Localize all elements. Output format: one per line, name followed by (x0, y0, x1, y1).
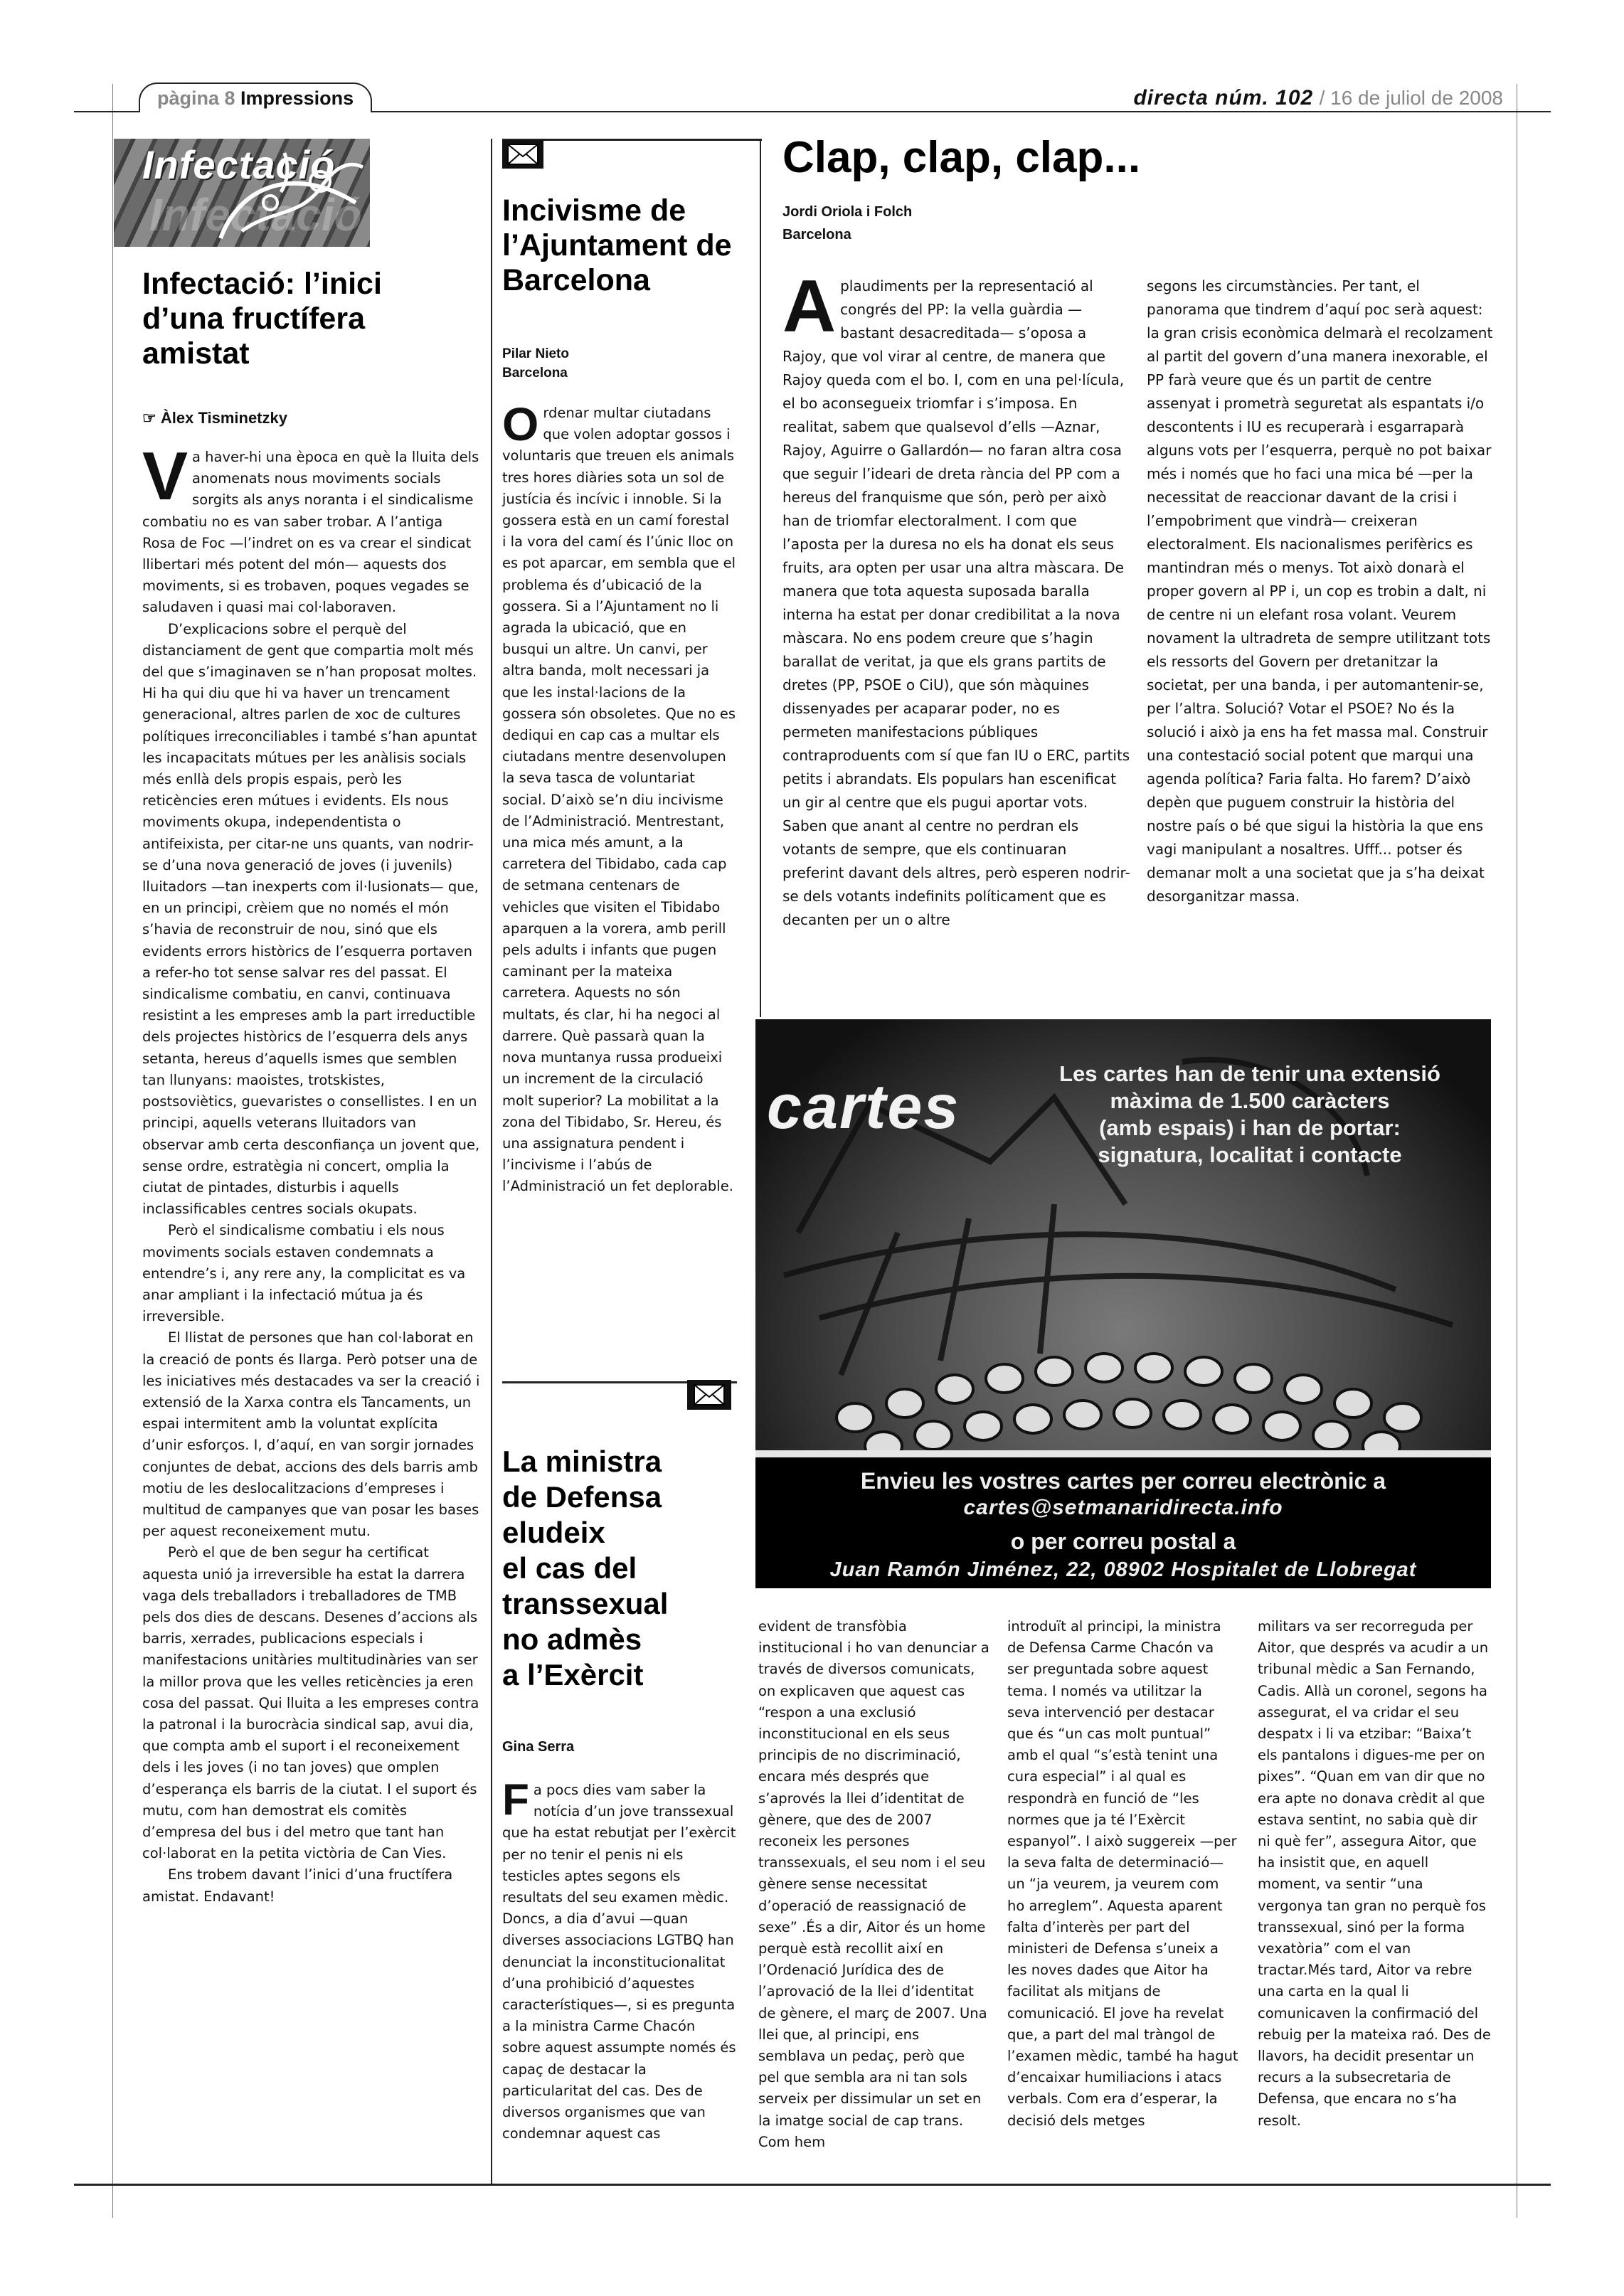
headline-line: La ministra (502, 1444, 730, 1479)
rule-line: màxima de 1.500 caràcters (1026, 1088, 1474, 1115)
clap-col-1: Aplaudiments per la representació al con… (782, 275, 1131, 932)
dropcap: O (502, 405, 538, 443)
paragraph: D’explicacions sobre el perquè del dista… (142, 619, 480, 1221)
page-number: pàgina 8 (157, 87, 235, 109)
email-address-link[interactable]: cartes@setmanaridirecta.info (755, 1494, 1491, 1521)
paragraph: militars va ser recorreguda per Aitor, q… (1258, 1616, 1492, 2132)
cartes-rules: Les cartes han de tenir una extensió màx… (1026, 1061, 1474, 1169)
dropcap: V (142, 450, 188, 504)
ministra-col-4: militars va ser recorreguda per Aitor, q… (1258, 1616, 1492, 2132)
incivisme-headline: Incivisme de l’Ajuntament de Barcelona (502, 193, 744, 298)
paragraph: introduït al principi, la ministra de De… (1007, 1616, 1238, 2132)
column-1-right-rule (491, 139, 492, 2184)
headline-line: de Defensa (502, 1479, 730, 1515)
author-location: Barcelona (502, 363, 569, 383)
postal-intro: o per correu postal a (755, 1526, 1491, 1557)
author-name: Jordi Oriola i Folch (782, 201, 912, 223)
paragraph: plaudiments per la representació al cong… (782, 277, 1130, 928)
incivisme-right-rule (760, 139, 761, 1017)
email-intro: Envieu les vostres cartes per correu ele… (755, 1467, 1491, 1494)
incivisme-byline: Pilar Nieto Barcelona (502, 344, 569, 383)
cartes-advert: cartes Les cartes han de tenir una exten… (755, 1019, 1491, 1588)
rule-line: signatura, localitat i contacte (1026, 1142, 1474, 1169)
author-location: Barcelona (782, 223, 912, 246)
issue-date: / 16 de juliol de 2008 (1320, 87, 1503, 109)
headline-line: a l’Exèrcit (502, 1657, 730, 1693)
paragraph: segons les circumstàncies. Per tant, el … (1147, 275, 1495, 908)
left-margin-rule (112, 84, 113, 2218)
ministra-col-1: Fa pocs dies vam saber la notícia d’un j… (502, 1780, 737, 2144)
headline-line: no admès (502, 1622, 730, 1657)
author-name: Àlex Tisminetzky (161, 409, 287, 427)
rule-line: (amb espais) i han de portar: (1026, 1115, 1474, 1142)
clap-headline: Clap, clap, clap... (782, 129, 1140, 186)
section-name: Impressions (240, 87, 354, 109)
ministra-col-3: introduït al principi, la ministra de De… (1007, 1616, 1238, 2132)
paragraph: Però el que de ben segur ha certificat a… (142, 1542, 480, 1864)
infectacio-banner: Infectació Infectació (114, 139, 370, 247)
postal-address: Juan Ramón Jiménez, 22, 08902 Hospitalet… (755, 1557, 1491, 1583)
masthead: directa núm. 102 / 16 de juliol de 2008 (1133, 84, 1503, 112)
envelope-icon (502, 140, 543, 169)
author-name: Pilar Nieto (502, 344, 569, 363)
dropcap: A (782, 277, 836, 336)
paragraph: a haver-hi una època en què la lluita de… (142, 449, 479, 615)
paragraph: evident de transfòbia institucional i ho… (758, 1616, 989, 2153)
cartes-contact-panel: Envieu les vostres cartes per correu ele… (755, 1450, 1491, 1588)
publication-name: directa núm. 102 (1133, 86, 1313, 110)
envelope-icon (687, 1380, 731, 1410)
paragraph: Però el sindicalisme combatiu i els nous… (142, 1220, 480, 1327)
ministra-col-2: evident de transfòbia institucional i ho… (758, 1616, 989, 2153)
floral-ornament-icon (213, 139, 370, 247)
headline-line: eludeix (502, 1515, 730, 1551)
infectacio-article-body: Va haver-hi una època en què la lluita d… (142, 447, 480, 1908)
infectacio-byline: ☞ Àlex Tisminetzky (142, 407, 287, 430)
page-section-tab: pàgina 8 Impressions (139, 83, 372, 112)
infectacio-headline: Infectació: l’inici d’una fructífera ami… (142, 267, 427, 371)
ministra-headline: La ministra de Defensa eludeix el cas de… (502, 1444, 730, 1693)
ministra-byline: Gina Serra (502, 1736, 574, 1758)
paragraph: a pocs dies vam saber la notícia d’un jo… (502, 1782, 736, 2142)
headline-line: el cas del (502, 1551, 730, 1586)
cartes-title: cartes (767, 1070, 960, 1143)
clap-col-2: segons les circumstàncies. Per tant, el … (1147, 275, 1495, 908)
dropcap: F (502, 1782, 529, 1818)
pointing-hand-icon: ☞ (142, 409, 156, 427)
footer-rule (74, 2184, 1551, 2186)
incivisme-article-body: Ordenar multar ciutadans que volen adopt… (502, 403, 737, 1198)
paragraph: rdenar multar ciutadans que volen adopta… (502, 405, 736, 1194)
headline-line: transsexual (502, 1586, 730, 1622)
right-margin-rule (1517, 84, 1517, 2218)
paragraph: Ens trobem davant l’inici d’una fructífe… (142, 1864, 480, 1907)
clap-byline: Jordi Oriola i Folch Barcelona (782, 201, 912, 246)
paragraph: El llistat de persones que han col·labor… (142, 1327, 480, 1542)
rule-line: Les cartes han de tenir una extensió (1026, 1061, 1474, 1088)
